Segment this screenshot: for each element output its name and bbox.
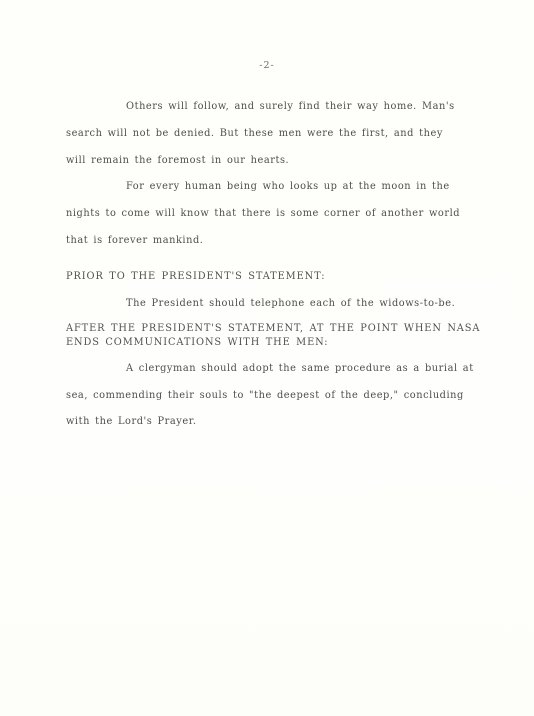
section-after-body-line-2: sea, commending their souls to "the deep… — [66, 390, 464, 401]
section-after-heading-line-1: AFTER THE PRESIDENT'S STATEMENT, AT THE … — [66, 323, 480, 334]
section-prior-heading: PRIOR TO THE PRESIDENT'S STATEMENT: — [66, 271, 325, 282]
page-number: -2- — [0, 60, 534, 71]
section-after-heading-line-2: ENDS COMMUNICATIONS WITH THE MEN: — [66, 337, 328, 348]
paragraph-1-line-1: Others will follow, and surely find thei… — [126, 101, 455, 112]
paragraph-1-line-3: will remain the foremost in our hearts. — [66, 155, 289, 166]
paragraph-2-line-2: nights to come will know that there is s… — [66, 208, 460, 219]
document-page: -2- Others will follow, and surely find … — [0, 0, 534, 716]
paragraph-2-line-1: For every human being who looks up at th… — [126, 181, 450, 192]
paragraph-1-line-2: search will not be denied. But these men… — [66, 128, 443, 139]
section-after-body-line-1: A clergyman should adopt the same proced… — [126, 363, 474, 374]
section-after-body-line-3: with the Lord's Prayer. — [66, 416, 197, 427]
paragraph-2-line-3: that is forever mankind. — [66, 235, 203, 246]
section-prior-body: The President should telephone each of t… — [126, 298, 455, 309]
